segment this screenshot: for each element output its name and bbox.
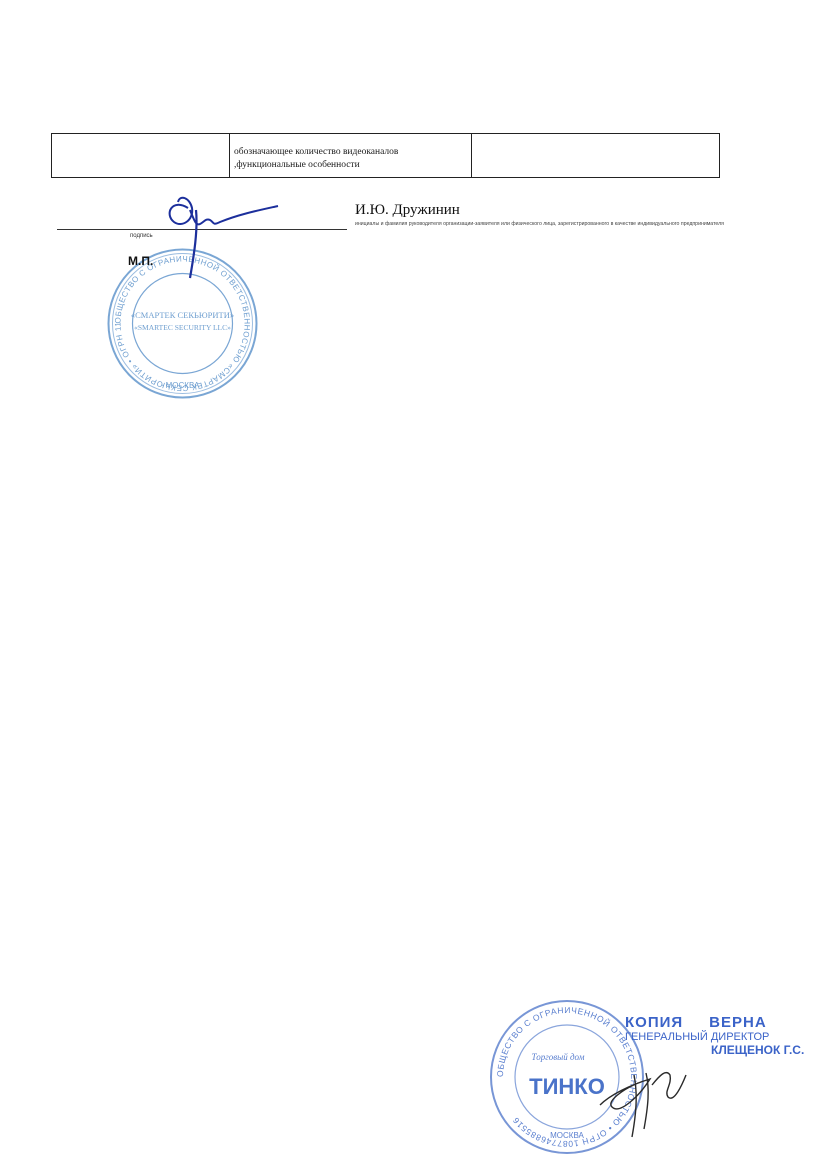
certified-copy-signer: КЛЕЩЕНОК Г.С.	[711, 1043, 804, 1057]
cell-text-line-1: обозначающее количество видеоканалов	[234, 146, 471, 159]
svg-text:МОСКВА: МОСКВА	[550, 1131, 584, 1140]
signer-name: И.Ю. Дружинин	[355, 202, 460, 219]
svg-text:«SMARTEC SECURITY LLC»: «SMARTEC SECURITY LLC»	[134, 323, 231, 332]
svg-text:Торговый дом: Торговый дом	[532, 1052, 585, 1062]
certified-copy-position: ГЕНЕРАЛЬНЫЙ ДИРЕКТОР	[625, 1031, 804, 1043]
svg-text:«СМАРТЕК СЕКЬЮРИТИ»: «СМАРТЕК СЕКЬЮРИТИ»	[131, 310, 234, 320]
table-cell-1	[52, 134, 230, 177]
certified-copy-heading: КОПИЯВЕРНА	[625, 1014, 804, 1031]
table-cell-3	[472, 134, 719, 177]
svg-text:МОСКВА: МОСКВА	[166, 381, 200, 390]
cell-text-line-2: ,функциональные особенности	[234, 159, 471, 172]
signer-name-description: инициалы и фамилия руководителя организа…	[355, 220, 725, 228]
table-cell-2: обозначающее количество видеоканалов ,фу…	[230, 134, 472, 177]
certifier-signature-icon	[590, 1045, 710, 1145]
director-signature-icon	[150, 180, 290, 280]
spec-table: обозначающее количество видеоканалов ,фу…	[51, 133, 720, 178]
